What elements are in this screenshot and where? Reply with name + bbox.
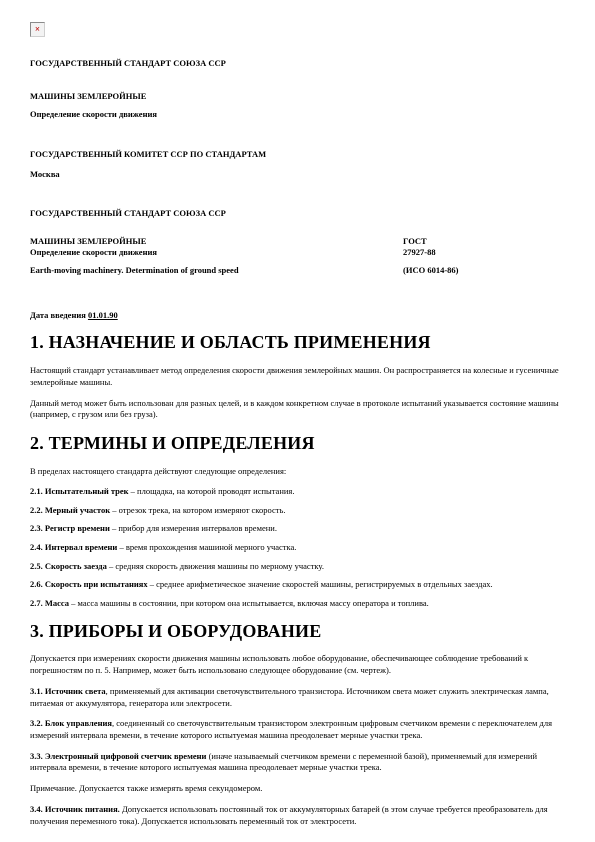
standard-header-line: ГОСУДАРСТВЕННЫЙ СТАНДАРТ СОЮЗА ССР (30, 58, 568, 68)
effective-date-label: Дата введения (30, 310, 88, 320)
title-block-left: МАШИНЫ ЗЕМЛЕРОЙНЫЕ Определение скорости … (30, 236, 403, 275)
term-definition: 2.5. Скорость заезда – средняя скорость … (30, 561, 568, 572)
note-paragraph: Примечание. Допускается также измерять в… (30, 783, 568, 795)
term-text: – среднее арифметическое значение скорос… (148, 579, 493, 589)
term-text: – площадка, на которой проводят испытани… (129, 486, 295, 496)
section-1-paragraph: Данный метод может быть использован для … (30, 398, 568, 421)
section-1-heading: 1. НАЗНАЧЕНИЕ И ОБЛАСТЬ ПРИМЕНЕНИЯ (30, 332, 568, 353)
equipment-text: , применяемый для активации светочувстви… (30, 686, 549, 708)
section-2-heading: 2. ТЕРМИНЫ И ОПРЕДЕЛЕНИЯ (30, 433, 568, 454)
section-3-intro: Допускается при измерениях скорости движ… (30, 653, 568, 676)
document-title-ru: МАШИНЫ ЗЕМЛЕРОЙНЫЕ (30, 236, 403, 247)
title-block: МАШИНЫ ЗЕМЛЕРОЙНЫЕ Определение скорости … (30, 236, 568, 275)
term-text: – средняя скорость движения машины по ме… (107, 561, 324, 571)
term-definition: 2.1. Испытательный трек – площадка, на к… (30, 486, 568, 497)
term-definition: 2.6. Скорость при испытаниях – среднее а… (30, 579, 568, 590)
term-name: 2.5. Скорость заезда (30, 561, 107, 571)
equipment-item: 3.2. Блок управления, соединенный со све… (30, 718, 568, 741)
broken-image-x-glyph: × (35, 25, 40, 34)
equipment-name: 3.2. Блок управления (30, 718, 112, 728)
term-name: 2.6. Скорость при испытаниях (30, 579, 148, 589)
equipment-name: 3.4. Источник питания. (30, 804, 120, 814)
subtitle-header-line: Определение скорости движения (30, 109, 568, 119)
section-1-paragraph: Настоящий стандарт устанавливает метод о… (30, 365, 568, 388)
term-name: 2.2. Мерный участок (30, 505, 110, 515)
section-3-heading: 3. ПРИБОРЫ И ОБОРУДОВАНИЕ (30, 621, 568, 642)
equipment-item: 3.4. Источник питания. Допускается испол… (30, 804, 568, 827)
term-text: – масса машины в состоянии, при котором … (69, 598, 429, 608)
term-definition: 2.3. Регистр времени – прибор для измере… (30, 523, 568, 534)
equipment-item: 3.1. Источник света, применяемый для акт… (30, 686, 568, 709)
term-name: 2.4. Интервал времени (30, 542, 117, 552)
term-text: – прибор для измерения интервалов времен… (110, 523, 277, 533)
document-title-en: Earth-moving machinery. Determination of… (30, 265, 403, 275)
equipment-name: 3.3. Электронный цифровой счетчик времен… (30, 751, 206, 761)
city-line: Москва (30, 169, 568, 179)
effective-date-value: 01.01.90 (88, 310, 118, 320)
term-definition: 2.4. Интервал времени – время прохождени… (30, 542, 568, 553)
machines-header-line: МАШИНЫ ЗЕМЛЕРОЙНЫЕ (30, 91, 568, 101)
term-text: – время прохождения машиной мерного учас… (117, 542, 296, 552)
gost-code-number: 27927-88 (403, 247, 563, 258)
committee-line: ГОСУДАРСТВЕННЫЙ КОМИТЕТ ССР ПО СТАНДАРТА… (30, 149, 568, 159)
equipment-item: 3.3. Электронный цифровой счетчик времен… (30, 751, 568, 774)
term-name: 2.7. Масса (30, 598, 69, 608)
gost-code-label: ГОСТ (403, 236, 563, 247)
term-definition: 2.7. Масса – масса машины в состоянии, п… (30, 598, 568, 609)
term-name: 2.3. Регистр времени (30, 523, 110, 533)
effective-date-line: Дата введения 01.01.90 (30, 310, 568, 320)
term-name: 2.1. Испытательный трек (30, 486, 129, 496)
equipment-name: 3.1. Источник света (30, 686, 106, 696)
document-page: × ГОСУДАРСТВЕННЫЙ СТАНДАРТ СОЮЗА ССР МАШ… (0, 0, 595, 842)
standard-header-line-repeat: ГОСУДАРСТВЕННЫЙ СТАНДАРТ СОЮЗА ССР (30, 208, 568, 218)
broken-image-icon: × (30, 22, 45, 37)
document-subtitle-ru: Определение скорости движения (30, 247, 403, 258)
term-definition: 2.2. Мерный участок – отрезок трека, на … (30, 505, 568, 516)
iso-reference: (ИСО 6014-86) (403, 265, 563, 275)
title-block-right: ГОСТ 27927-88 (ИСО 6014-86) (403, 236, 563, 275)
term-text: – отрезок трека, на котором измеряют ско… (110, 505, 285, 515)
section-2-intro: В пределах настоящего стандарта действую… (30, 466, 568, 478)
